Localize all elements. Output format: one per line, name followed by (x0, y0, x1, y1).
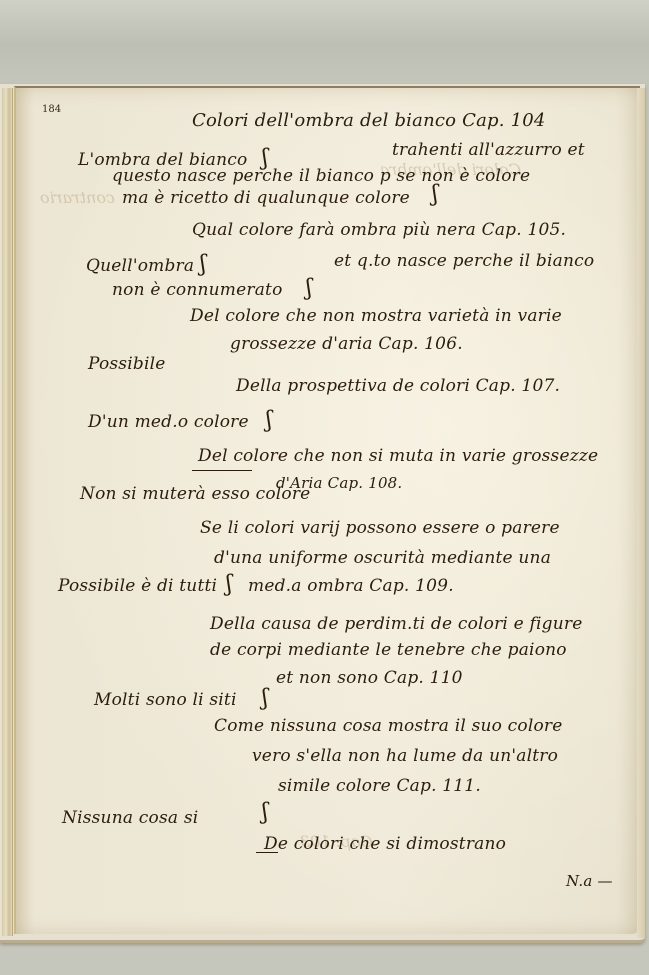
brace-mark: ʃ (200, 252, 206, 277)
margin-note: Quell'ombra (86, 256, 194, 276)
chapter-title-104: Colori dell'ombra del bianco Cap. 104 (192, 110, 546, 131)
brace-mark: ʃ (226, 572, 232, 597)
chapter-title-108: Del colore che non si muta in varie gros… (198, 446, 598, 466)
chapter-title-111-end: simile colore Cap. 111. (278, 776, 481, 796)
brace-mark: ʃ (266, 408, 272, 433)
margin-note: Possibile è di tutti (58, 576, 217, 596)
note-text: ma è ricetto di qualunque colore (122, 188, 410, 208)
chapter-title-111-cont: vero s'ella non ha lume da un'altro (252, 746, 558, 766)
folio-number: 184 (42, 104, 61, 115)
note-text: et q.to nasce perche il bianco (334, 251, 594, 271)
note-text: non è connumerato (112, 280, 283, 300)
chapter-title-109: Se li colori varij possono essere o pare… (200, 518, 560, 538)
brace-mark: ʃ (262, 800, 268, 825)
margin-note: Nissuna cosa si (62, 808, 198, 828)
note-text: trahenti all'azzurro et (392, 140, 585, 160)
binding-edge (2, 88, 13, 936)
note-text: questo nasce perche il bianco p se non è… (112, 166, 530, 186)
chapter-title-110: Della causa de perdim.ti de colori e fig… (210, 614, 582, 634)
bleed-through-text: contrario (40, 188, 115, 207)
chapter-title-106-cont: grossezze d'aria Cap. 106. (230, 334, 463, 354)
chapter-title-110-cont: de corpi mediante le tenebre che paiono (210, 640, 567, 660)
chapter-title-109-end: med.a ombra Cap. 109. (248, 576, 454, 596)
manuscript-page (14, 86, 640, 934)
underline-mark (256, 852, 278, 853)
margin-note: Non si muterà esso colore (80, 484, 310, 504)
brace-mark: ʃ (306, 276, 312, 301)
margin-note: Possibile (88, 354, 166, 374)
chapter-title-106: Del colore che non mostra varietà in var… (190, 306, 562, 326)
chapter-title-105: Qual colore farà ombra più nera Cap. 105… (192, 220, 566, 240)
underline-mark (192, 470, 252, 471)
chapter-title-112: De colori che si dimostrano (264, 834, 506, 854)
chapter-title-110-end: et non sono Cap. 110 (276, 668, 463, 688)
chapter-title-109-cont: d'una uniforme oscurità mediante una (214, 548, 551, 568)
chapter-title-107: Della prospettiva de colori Cap. 107. (236, 376, 560, 396)
margin-note: Molti sono li siti (94, 690, 237, 710)
margin-note: D'un med.o colore (88, 412, 249, 432)
page-right-edge (637, 88, 645, 938)
catchword: N.a — (566, 872, 613, 890)
chapter-title-111: Come nissuna cosa mostra il suo colore (214, 716, 563, 736)
brace-mark: ʃ (262, 686, 268, 711)
brace-mark: ʃ (432, 182, 438, 207)
